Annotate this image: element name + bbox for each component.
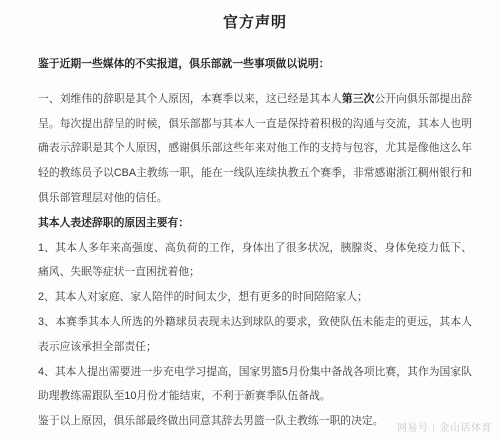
watermark: 网易号|金山话体育 [397, 419, 492, 434]
watermark-platform-name: 网易号 [397, 423, 429, 434]
reason-item-2: 2、其本人对家庭、家人陪伴的时间太少，想有更多的时间陪陪家人； [38, 285, 472, 310]
intro-statement: 鉴于近期一些媒体的不实报道，俱乐部就一些事项做以说明： [38, 52, 472, 77]
watermark-divider: | [432, 423, 435, 434]
reason-item-4: 4、其本人提出需要进一步充电学习提高，国家男篮5月份集中备战各项比赛，其作为国家… [38, 360, 472, 410]
watermark-account-name: 金山话体育 [440, 423, 493, 434]
reason-item-3: 3、本赛季其本人所选的外籍球员表现未达到球队的要求，致使队伍未能走的更远，其本人… [38, 310, 472, 360]
reason-item-1: 1、其本人多年来高强度、高负荷的工作，身体出了很多状况，胰腺炎、身体免疫力低下、… [38, 236, 472, 286]
third-time-emphasis: 第三次 [342, 93, 375, 105]
resignation-text-after-emphasis: 公开向俱乐部提出辞呈。每次提出辞呈的时候，俱乐部都与其本人一直是保持着积极的沟通… [38, 93, 472, 204]
resignation-paragraph: 一、刘维伟的辞职是其个人原因，本赛季以来，这已经是其本人第三次公开向俱乐部提出辞… [38, 87, 472, 211]
resignation-text-before-emphasis: 一、刘维伟的辞职是其个人原因，本赛季以来，这已经是其本人 [38, 93, 342, 105]
page-title: 官方声明 [38, 13, 472, 33]
reasons-heading: 其本人表述辞职的原因主要有： [38, 211, 472, 236]
official-statement-page: 官方声明 鉴于近期一些媒体的不实报道，俱乐部就一些事项做以说明： 一、刘维伟的辞… [0, 0, 500, 440]
